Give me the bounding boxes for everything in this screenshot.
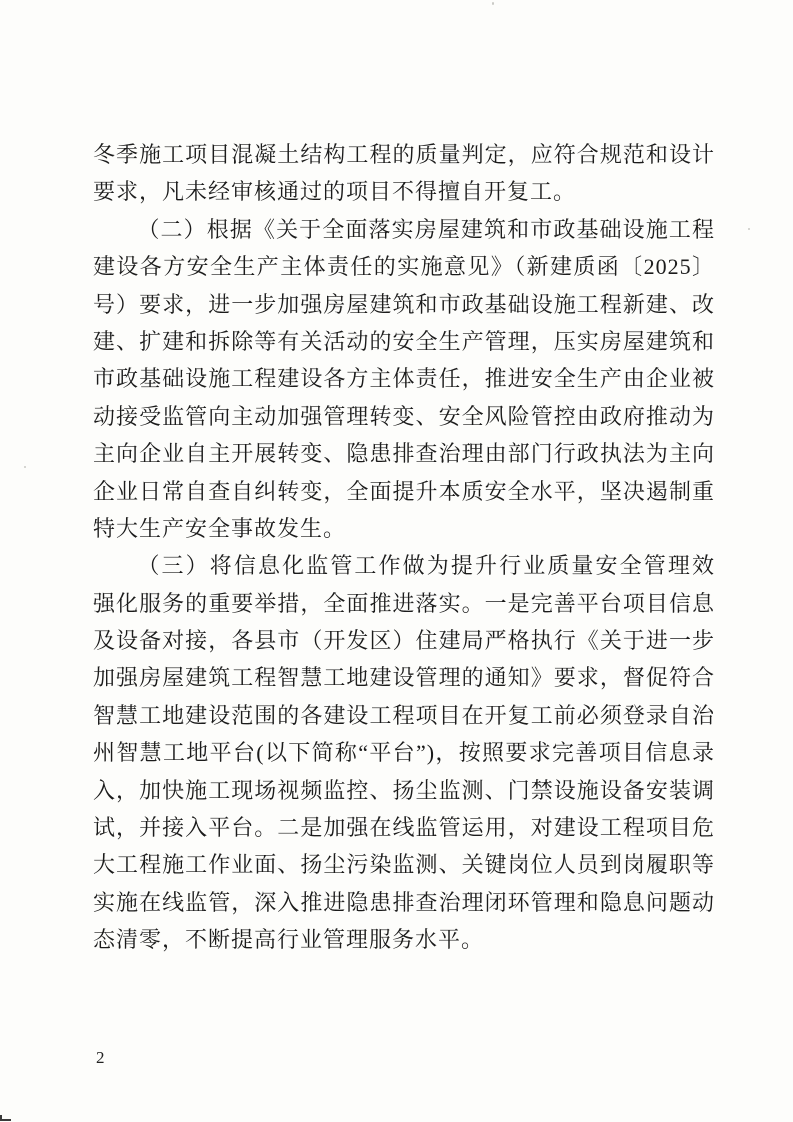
text-line: 建、扩建和拆除等有关活动的安全生产管理，压实房屋建筑和 bbox=[93, 323, 715, 360]
text-line: （二）根据《关于全面落实房屋建筑和市政基础设施工程 bbox=[93, 211, 715, 248]
scan-edge-artifact bbox=[0, 1119, 11, 1121]
text-line: 及设备对接，各县市（开发区）住建局严格执行《关于进一步 bbox=[93, 622, 715, 659]
text-line: （三）将信息化监管工作做为提升行业质量安全管理效能、 bbox=[93, 547, 715, 584]
text-line: 实施在线监管，深入推进隐患排查治理闭环管理和隐息问题动 bbox=[93, 884, 715, 921]
text-line: 态清零，不断提高行业管理服务水平。 bbox=[93, 921, 715, 958]
text-line: 号）要求，进一步加强房屋建筑和市政基础设施工程新建、改 bbox=[93, 286, 715, 323]
text-line: 建设各方安全生产主体责任的实施意见》（新建质函〔2025〕2 bbox=[93, 248, 715, 285]
scanned-document-page: 冬季施工项目混凝土结构工程的质量判定，应符合规范和设计 要求，凡未经审核通过的项… bbox=[0, 0, 793, 1122]
text-line: 特大生产安全事故发生。 bbox=[93, 510, 715, 547]
text-line: 动接受监管向主动加强管理转变、安全风险管控由政府推动为 bbox=[93, 398, 715, 435]
text-line: 入，加快施工现场视频监控、扬尘监测、门禁设施设备安装调 bbox=[93, 772, 715, 809]
text-line: 主向企业自主开展转变、隐患排查治理由部门行政执法为主向 bbox=[93, 435, 715, 472]
text-line: 要求，凡未经审核通过的项目不得擅自开复工。 bbox=[93, 173, 715, 210]
text-line: 市政基础设施工程建设各方主体责任，推进安全生产由企业被 bbox=[93, 360, 715, 397]
text-line: 加强房屋建筑工程智慧工地建设管理的通知》要求，督促符合 bbox=[93, 659, 715, 696]
document-body-text: 冬季施工项目混凝土结构工程的质量判定，应符合规范和设计 要求，凡未经审核通过的项… bbox=[93, 136, 715, 959]
page-number: 2 bbox=[96, 1048, 105, 1068]
scan-speck bbox=[748, 228, 750, 230]
text-line: 企业日常自查自纠转变，全面提升本质安全水平，坚决遏制重 bbox=[93, 473, 715, 510]
text-line: 智慧工地建设范围的各建设工程项目在开复工前必须登录自治 bbox=[93, 697, 715, 734]
text-line: 冬季施工项目混凝土结构工程的质量判定，应符合规范和设计 bbox=[93, 136, 715, 173]
scan-speck bbox=[492, 2, 494, 5]
scan-speck bbox=[24, 466, 26, 468]
text-line: 州智慧工地平台(以下简称“平台”)，按照要求完善项目信息录 bbox=[93, 734, 715, 771]
text-line: 试，并接入平台。二是加强在线监管运用，对建设工程项目危 bbox=[93, 809, 715, 846]
text-line: 强化服务的重要举措，全面推进落实。一是完善平台项目信息 bbox=[93, 585, 715, 622]
text-line: 大工程施工作业面、扬尘污染监测、关键岗位人员到岗履职等 bbox=[93, 846, 715, 883]
